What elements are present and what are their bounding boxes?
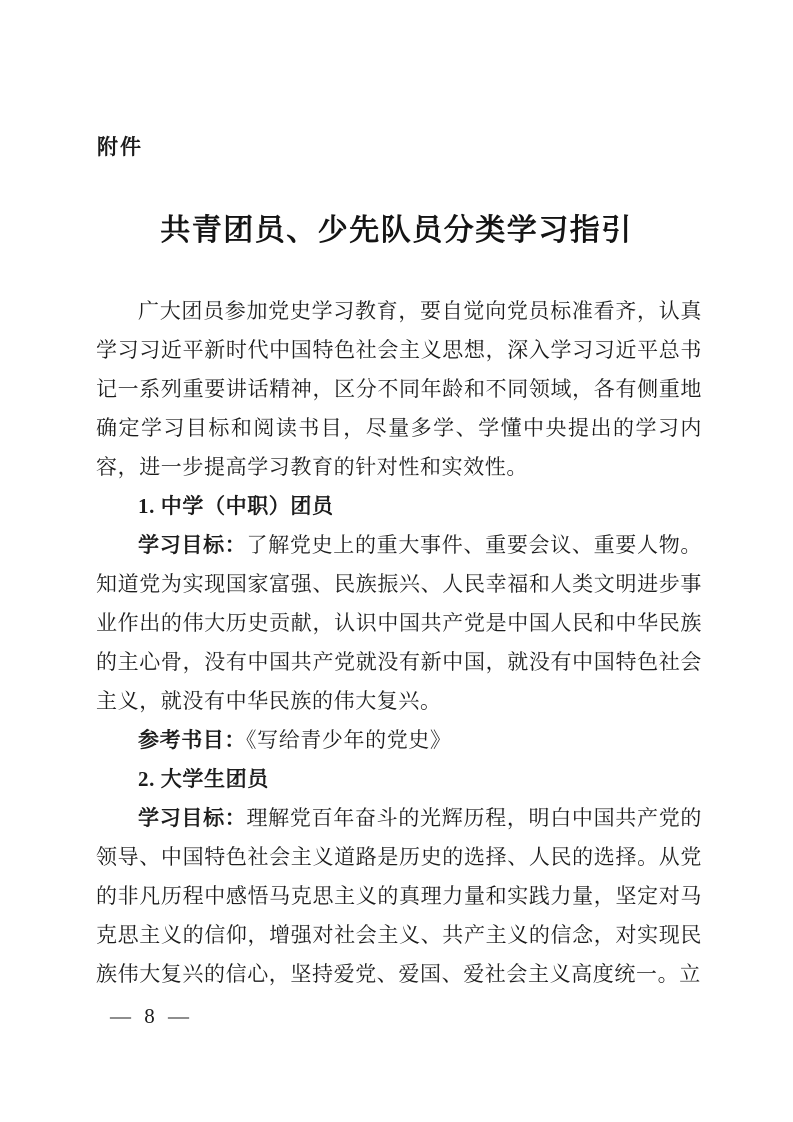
section-1-goal-paragraph: 学习目标：了解党史上的重大事件、重要会议、重要人物。知道党为实现国家富强、民族振… (96, 526, 702, 721)
section-1-reference-line: 参考书目：《写给青少年的党史》 (96, 721, 702, 760)
attachment-label: 附件 (97, 131, 143, 161)
intro-paragraph: 广大团员参加党史学习教育，要自觉向党员标准看齐，认真学习习近平新时代中国特色社会… (96, 292, 702, 487)
page-number: — 8 — (110, 1004, 193, 1029)
document-body: 广大团员参加党史学习教育，要自觉向党员标准看齐，认真学习习近平新时代中国特色社会… (96, 292, 702, 994)
goal-text: 理解党百年奋斗的光辉历程，明白中国共产党的领导、中国特色社会主义道路是历史的选择… (96, 806, 702, 986)
page-title: 共青团员、少先队员分类学习指引 (0, 205, 793, 249)
section-2-goal-paragraph: 学习目标：理解党百年奋斗的光辉历程，明白中国共产党的领导、中国特色社会主义道路是… (96, 799, 702, 994)
reference-label: 参考书目： (138, 728, 246, 752)
goal-text: 了解党史上的重大事件、重要会议、重要人物。知道党为实现国家富强、民族振兴、人民幸… (96, 533, 702, 713)
section-heading-1: 1. 中学（中职）团员 (96, 487, 702, 526)
reference-text: 《写给青少年的党史》 (246, 728, 452, 752)
goal-label: 学习目标： (138, 806, 246, 830)
document-page: 附件 共青团员、少先队员分类学习指引 广大团员参加党史学习教育，要自觉向党员标准… (0, 0, 793, 1122)
goal-label: 学习目标： (138, 533, 246, 557)
section-heading-2: 2. 大学生团员 (96, 760, 702, 799)
